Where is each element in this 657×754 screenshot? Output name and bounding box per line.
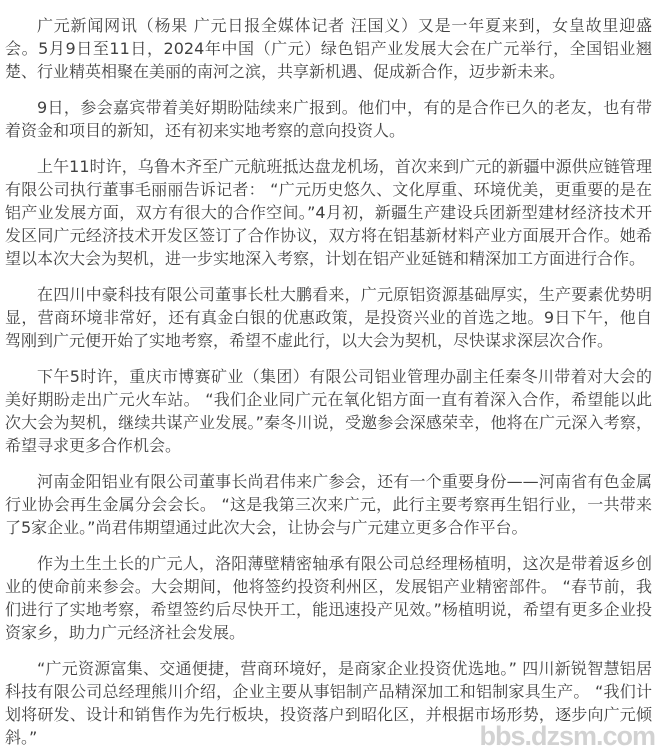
article-paragraph: 上午11时许，乌鲁木齐至广元航班抵达盘龙机场，首次来到广元的新疆中源供应链管理有… (5, 155, 652, 270)
article-body: 广元新闻网讯（杨果 广元日报全媒体记者 汪国义）又是一年夏来到，女皇故里迎盛会。… (0, 0, 657, 749)
article-paragraph: 在四川中豪科技有限公司董事长杜大鹏看来，广元原铝资源基础厚实，生产要素优势明显，… (5, 283, 652, 352)
site-watermark: bbs.dzsm.com (479, 721, 655, 752)
article-paragraph: 河南金阳铝业有限公司董事长尚君伟来广参会，还有一个重要身份——河南省有色金属行业… (5, 470, 652, 539)
article-paragraph: 下午5时许，重庆市博赛矿业（集团）有限公司铝业管理办副主任秦冬川带着对大会的美好… (5, 365, 652, 457)
article-paragraph: 作为土生土长的广元人，洛阳薄壁精密轴承有限公司总经理杨植明，这次是带着返乡创业的… (5, 552, 652, 644)
article-paragraph: 9日，参会嘉宾带着美好期盼陆续来广报到。他们中，有的是合作已久的老友，也有带着资… (5, 96, 652, 142)
article-paragraph: 广元新闻网讯（杨果 广元日报全媒体记者 汪国义）又是一年夏来到，女皇故里迎盛会。… (5, 14, 652, 83)
